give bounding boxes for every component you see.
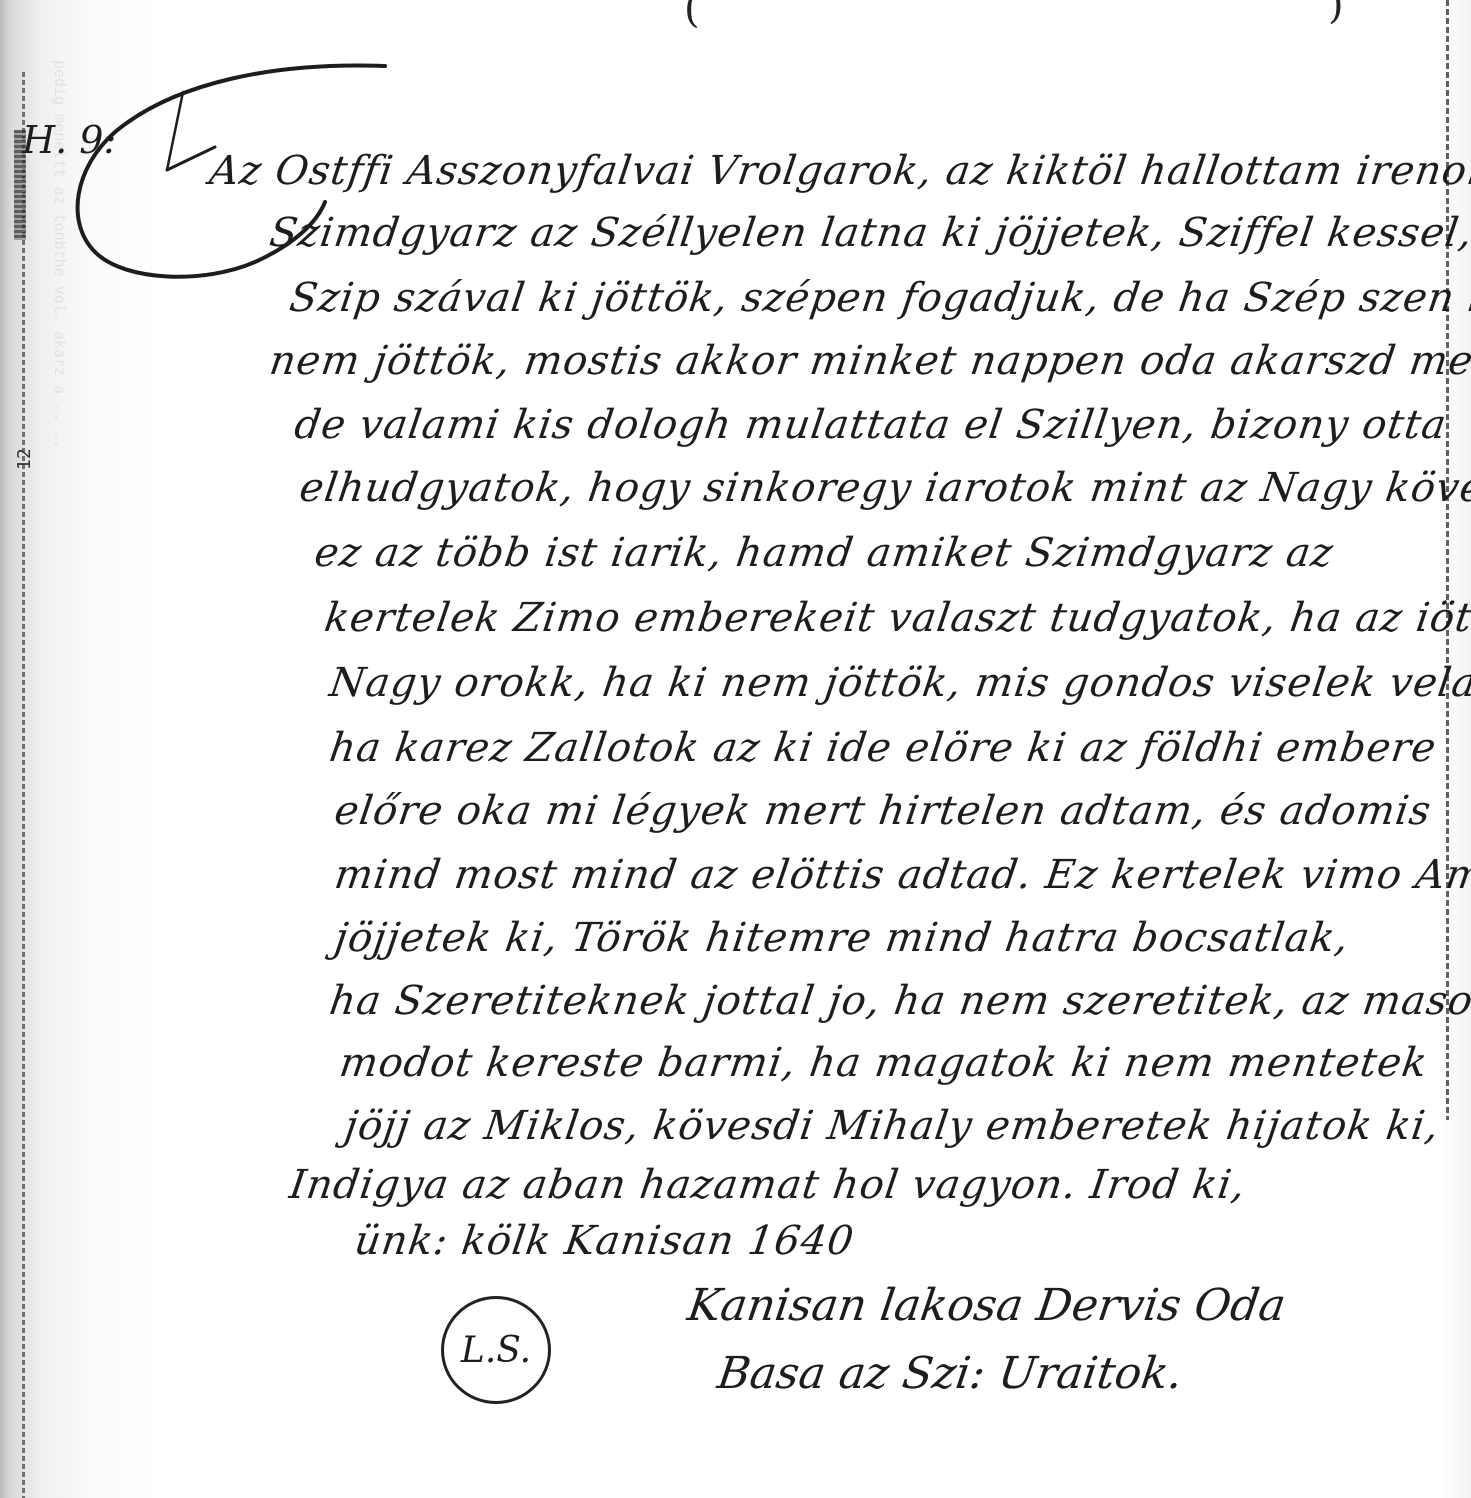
seal-locus-sigilli: L.S. [441,1296,551,1404]
letter-line-1: Az Ostffi Asszonyfalvai Vrolgarok, az ki… [207,148,1471,194]
letter-line-15: modot kereste barmi, ha magatok ki nem m… [337,1040,1431,1086]
letter-line-17: Indigya az aban hazamat hol vagyon. Irod… [287,1162,1249,1208]
letter-line-7: ez az több ist iarik, hamd amiket Szimdg… [312,530,1337,576]
manuscript-page: 12 pedig meneltt az tonbthe vol. akarz a… [0,0,1471,1498]
seal-label: L.S. [461,1330,531,1371]
letter-line-16: jöjj az Miklos, kövesdi Mihaly emberetek… [342,1103,1443,1149]
letter-line-12: mind most mind az elöttis adtad. Ez kert… [332,852,1471,898]
letter-line-6: elhudgyatok, hogy sinkoregy iarotok mint… [297,465,1471,511]
top-bracket-mark-right: ) [1328,0,1344,28]
letter-line-13: jöjjetek ki, Török hitemre mind hatra bo… [332,915,1352,961]
letter-line-9: Nagy orokk, ha ki nem jöttök, mis gondos… [327,660,1471,706]
letter-line-14: ha Szeretiteknek jottal jo, ha nem szere… [327,978,1471,1024]
signature-line-2: Basa az Szi: Uraitok. [714,1348,1185,1399]
signature-line-1: Kanisan lakosa Dervis Oda [684,1280,1288,1331]
letter-line-11: előre oka mi légyek mert hirtelen adtam,… [332,788,1434,834]
letter-line-18-dateline: ünk: kölk Kanisan 1640 [352,1218,857,1264]
letter-line-4: nem jöttök, mostis akkor minket nappen o… [267,338,1471,384]
letter-line-3: Szip szával ki jöttök, szépen fogadjuk, … [287,275,1471,321]
letter-line-2: Szimdgyarz az Széllyelen latna ki jöjjet… [267,210,1471,256]
top-bracket-mark-left: ( [684,0,700,32]
letter-line-5: de valami kis dologh mulattata el Szilly… [292,402,1450,448]
letter-line-8: kertelek Zimo emberekeit valaszt tudgyat… [322,595,1471,641]
letter-line-10: ha karez Zallotok az ki ide elöre ki az … [327,725,1440,771]
